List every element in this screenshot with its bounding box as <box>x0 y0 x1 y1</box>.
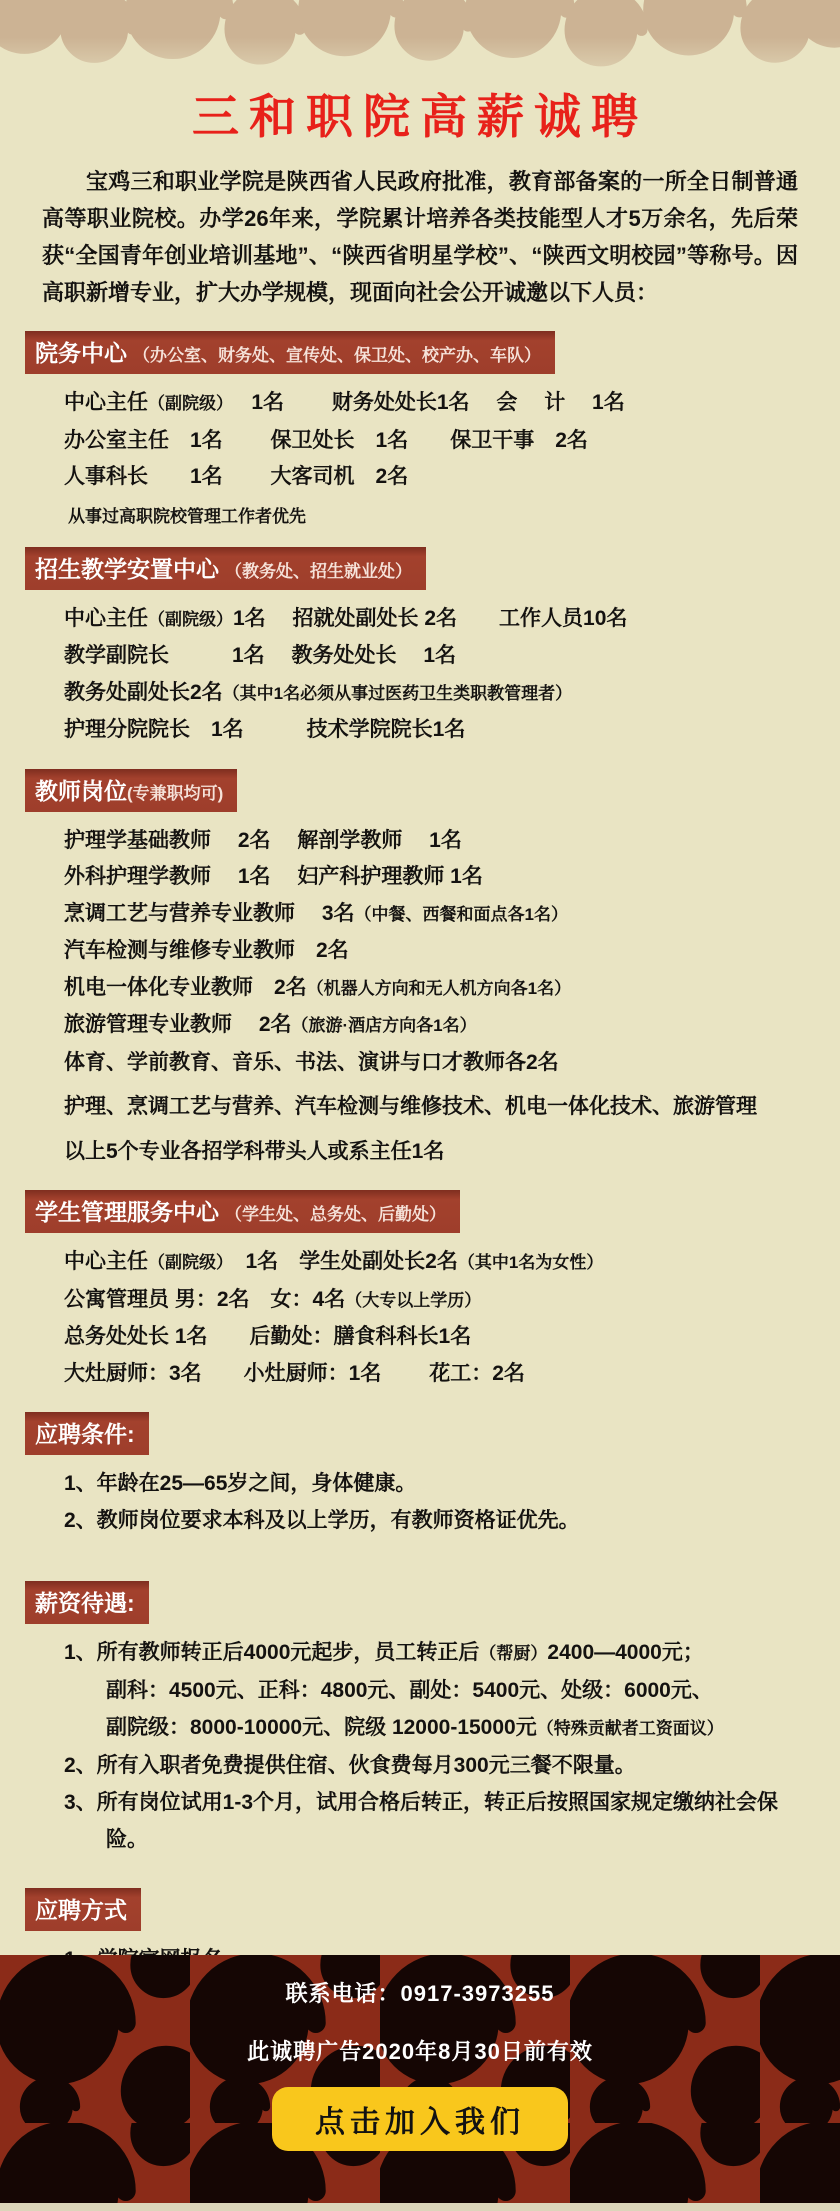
position-row: 人事科长 1名 大客司机 2名 <box>64 459 840 496</box>
footer: 联系电话：0917-3973255 此诚聘广告2020年8月30日前有效 点击加… <box>0 1955 840 2211</box>
position-row: 外科护理学教师 1名 妇产科护理教师 1名 <box>64 859 840 896</box>
section-zhaosheng-center: 招生教学安置中心（教务处、招生就业处） 中心主任（副院级）1名 招就处副处长 2… <box>0 547 840 749</box>
salary-item: 1、所有教师转正后4000元起步，员工转正后（帮厨）2400—4000元； <box>64 1634 840 1672</box>
section-note: 从事过高职院校管理工作者优先 <box>68 502 840 527</box>
page-title: 三和职院高薪诚聘 <box>0 80 840 147</box>
section-header-student: 学生管理服务中心（学生处、总务处、后勤处） <box>25 1190 460 1233</box>
section-teacher-posts: 教师岗位(专兼职均可) 护理学基础教师 2名 解剖学教师 1名 外科护理学教师 … <box>0 769 840 1171</box>
position-row: 总务处处长 1名 后勤处：膳食科科长1名 <box>64 1319 840 1356</box>
condition-item: 1、年龄在25—65岁之间，身体健康。 <box>64 1465 840 1502</box>
position-rows: 中心主任（副院级） 1名 学生处副处长2名（其中1名为女性） 公寓管理员 男：2… <box>64 1244 840 1392</box>
section-title: 应聘条件: <box>35 1421 135 1447</box>
section-title: 应聘方式 <box>35 1897 127 1923</box>
section-title: 教师岗位 <box>35 778 127 804</box>
section-title: 学生管理服务中心 <box>35 1199 219 1225</box>
section-student-center: 学生管理服务中心（学生处、总务处、后勤处） 中心主任（副院级） 1名 学生处副处… <box>0 1190 840 1392</box>
conditions-list: 1、年龄在25—65岁之间，身体健康。 2、教师岗位要求本科及以上学历，有教师资… <box>64 1465 840 1539</box>
contact-phone: 联系电话：0917-3973255 <box>0 1955 840 2008</box>
position-row: 体育、学前教育、音乐、书法、演讲与口才教师各2名 <box>64 1045 840 1082</box>
position-row: 公寓管理员 男：2名 女：4名（大专以上学历） <box>64 1282 840 1320</box>
bottom-edge <box>0 2203 840 2211</box>
salary-list: 1、所有教师转正后4000元起步，员工转正后（帮厨）2400—4000元； 副科… <box>64 1634 840 1858</box>
position-rows: 护理学基础教师 2名 解剖学教师 1名 外科护理学教师 1名 妇产科护理教师 1… <box>64 823 840 1171</box>
section-conditions: 应聘条件: 1、年龄在25—65岁之间，身体健康。 2、教师岗位要求本科及以上学… <box>0 1412 840 1539</box>
section-salary: 薪资待遇: 1、所有教师转正后4000元起步，员工转正后（帮厨）2400—400… <box>0 1581 840 1858</box>
position-row: 机电一体化专业教师 2名（机器人方向和无人机方向各1名） <box>64 970 840 1008</box>
join-us-button[interactable]: 点击加入我们 <box>272 2087 568 2151</box>
position-row: 旅游管理专业教师 2名（旅游·酒店方向各1名） <box>64 1007 840 1045</box>
position-row: 中心主任（副院级） 1名 财务处处长1名 会 计 1名 <box>64 385 840 423</box>
position-rows: 中心主任（副院级） 1名 财务处处长1名 会 计 1名 办公室主任 1名 保卫处… <box>64 385 840 496</box>
position-row: 中心主任（副院级）1名 招就处副处长 2名 工作人员10名 <box>64 601 840 639</box>
position-row: 护理学基础教师 2名 解剖学教师 1名 <box>64 823 840 860</box>
validity-notice: 此诚聘广告2020年8月30日前有效 <box>0 2035 840 2066</box>
position-row: 烹调工艺与营养专业教师 3名（中餐、西餐和面点各1名） <box>64 896 840 934</box>
position-row: 护理、烹调工艺与营养、汽车检测与维修技术、机电一体化技术、旅游管理 <box>64 1089 840 1126</box>
section-header-yuanwu: 院务中心（办公室、财务处、宣传处、保卫处、校产办、车队） <box>25 331 555 374</box>
section-header-conditions: 应聘条件: <box>25 1412 149 1455</box>
section-subtitle: （教务处、招生就业处） <box>225 562 412 581</box>
salary-item: 2、所有入职者免费提供住宿、伙食费每月300元三餐不限量。 <box>64 1747 840 1784</box>
position-rows: 中心主任（副院级）1名 招就处副处长 2名 工作人员10名 教学副院长 1名 教… <box>64 601 840 749</box>
recruitment-poster: 三和职院高薪诚聘 宝鸡三和职业学院是陕西省人民政府批准，教育部备案的一所全日制普… <box>0 0 840 2211</box>
section-subtitle: （学生处、总务处、后勤处） <box>225 1205 446 1224</box>
position-row: 中心主任（副院级） 1名 学生处副处长2名（其中1名为女性） <box>64 1244 840 1282</box>
position-row: 教务处副处长2名（其中1名必须从事过医药卫生类职教管理者） <box>64 675 840 713</box>
section-title: 薪资待遇: <box>35 1590 135 1616</box>
position-row: 以上5个专业各招学科带头人或系主任1名 <box>64 1134 840 1171</box>
position-row: 教学副院长 1名 教务处处长 1名 <box>64 638 840 675</box>
salary-item: 副科：4500元、正科：4800元、副处：5400元、处级：6000元、 <box>64 1672 840 1709</box>
position-row: 护理分院院长 1名 技术学院院长1名 <box>64 712 840 749</box>
section-header-salary: 薪资待遇: <box>25 1581 149 1624</box>
section-subtitle: （办公室、财务处、宣传处、保卫处、校产办、车队） <box>133 346 541 365</box>
section-header-apply: 应聘方式 <box>25 1888 141 1931</box>
section-title: 招生教学安置中心 <box>35 556 219 582</box>
salary-item: 3、所有岗位试用1-3个月，试用合格后转正，转正后按照国家规定缴纳社会保险。 <box>64 1784 806 1858</box>
salary-item: 副院级：8000-10000元、院级 12000-15000元（特殊贡献者工资面… <box>64 1709 840 1747</box>
section-yuanwu-center: 院务中心（办公室、财务处、宣传处、保卫处、校产办、车队） 中心主任（副院级） 1… <box>0 331 840 527</box>
intro-paragraph: 宝鸡三和职业学院是陕西省人民政府批准，教育部备案的一所全日制普通高等职业院校。办… <box>42 163 798 311</box>
condition-item: 2、教师岗位要求本科及以上学历，有教师资格证优先。 <box>64 1502 840 1539</box>
section-subtitle: (专兼职均可) <box>127 784 223 803</box>
position-row: 大灶厨师：3名 小灶厨师：1名 花工：2名 <box>64 1356 840 1393</box>
section-header-teacher: 教师岗位(专兼职均可) <box>25 769 237 812</box>
position-row: 汽车检测与维修专业教师 2名 <box>64 933 840 970</box>
section-header-zhaosheng: 招生教学安置中心（教务处、招生就业处） <box>25 547 426 590</box>
position-row: 办公室主任 1名 保卫处长 1名 保卫干事 2名 <box>64 423 840 460</box>
section-title: 院务中心 <box>35 340 127 366</box>
